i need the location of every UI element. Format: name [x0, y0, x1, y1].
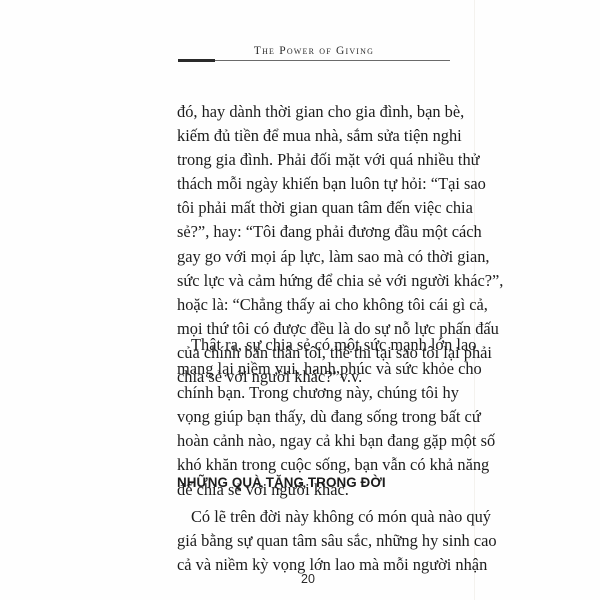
section-heading: NHỮNG QUÀ TẶNG TRONG ĐỜI: [177, 475, 386, 490]
text-line: kiếm đủ tiền để mua nhà, sắm sửa tiện ng…: [177, 124, 449, 148]
text-line: đó, hay dành thời gian cho gia đình, bạn…: [177, 100, 449, 124]
text-line: chính bạn. Trong chương này, chúng tôi h…: [177, 381, 449, 405]
text-line: Có lẽ trên đời này không có món quà nào …: [177, 505, 449, 529]
text-line: gay go với mọi áp lực, làm sao mà có thờ…: [177, 245, 449, 269]
header-rule: [178, 60, 450, 61]
text-line: khó khăn trong cuộc sống, bạn vẫn có khả…: [177, 453, 449, 477]
text-line: tôi phải mất thời gian quan tâm đến việc…: [177, 196, 449, 220]
text-line: mang lại niềm vui, hạnh phúc và sức khỏe…: [177, 357, 449, 381]
text-line: hoặc là: “Chẳng thấy ai cho không tôi cá…: [177, 293, 449, 317]
text-line: vọng giúp bạn thấy, dù đang sống trong b…: [177, 405, 449, 429]
book-page: The Power of Giving đó, hay dành thời gi…: [0, 0, 600, 600]
text-line: sức lực và cảm hứng để chia sẻ với người…: [177, 269, 449, 293]
text-line: thách mỗi ngày khiến bạn luôn tự hỏi: “T…: [177, 172, 449, 196]
running-head: The Power of Giving: [178, 45, 450, 57]
text-line: Thật ra, sự chia sẻ có một sức mạnh lớn …: [177, 333, 449, 357]
text-line: giá bằng sự quan tâm sâu sắc, những hy s…: [177, 529, 449, 553]
text-line: sẻ?”, hay: “Tôi đang phải đương đầu một …: [177, 220, 449, 244]
text-line: trong gia đình. Phải đối mặt với quá nhi…: [177, 148, 449, 172]
page-number: 20: [290, 572, 326, 586]
header-rule-accent: [178, 59, 215, 62]
paragraph-3: Có lẽ trên đời này không có món quà nào …: [177, 505, 449, 577]
text-line: hoàn cảnh nào, ngay cả khi bạn đang gặp …: [177, 429, 449, 453]
